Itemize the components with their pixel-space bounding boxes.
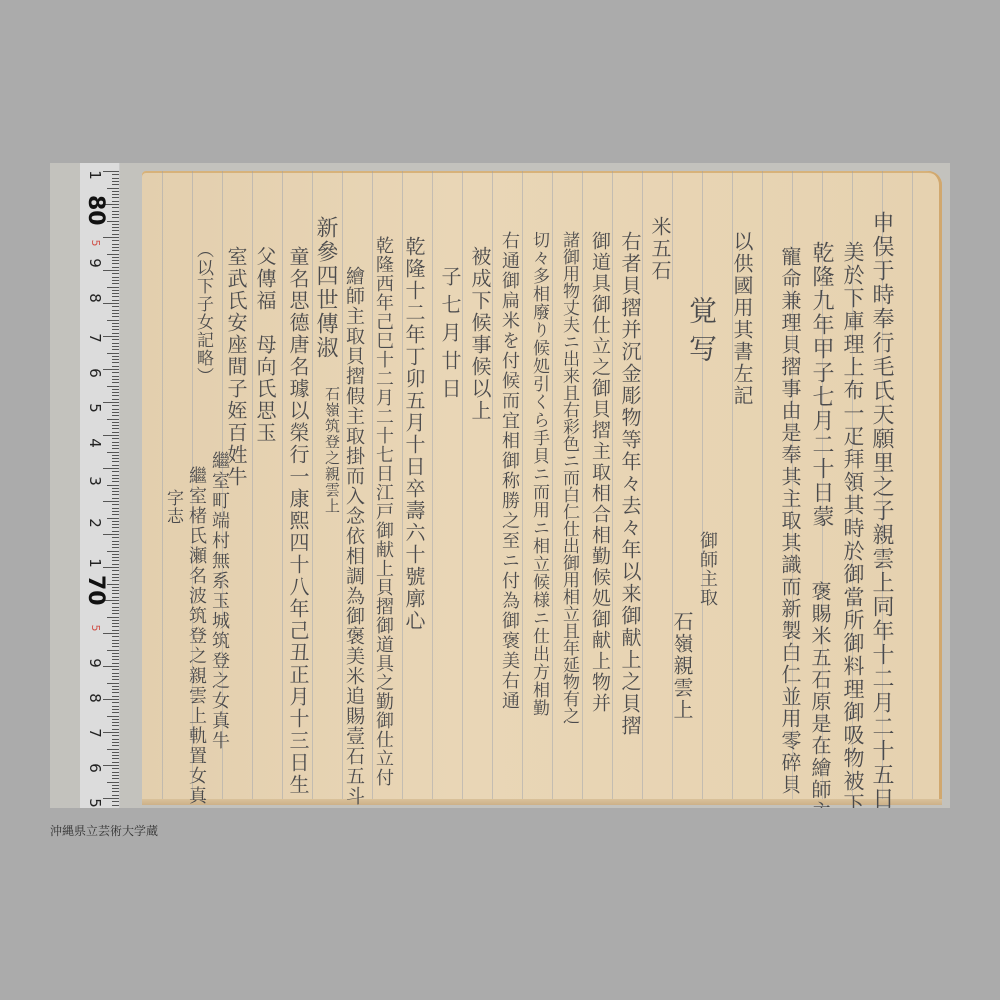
text-column-2: 美於下庫理上布一疋拜領其時於御當所御料理御吸物被下之候 — [842, 241, 863, 808]
ruler-tick — [103, 303, 119, 304]
ruler-number: 7 — [87, 325, 103, 351]
ruler-tick — [112, 184, 119, 185]
ruler-tick — [107, 287, 119, 288]
ruler-tick — [103, 534, 119, 535]
text-column-note: （以下子女記略） — [194, 241, 211, 385]
ruler-tick — [112, 755, 119, 756]
ruler-tick — [112, 544, 119, 545]
text-column-8: 諸御用物丈夫ニ出来且右彩色ニ而白仁仕出御用相立且年延物有之 — [560, 231, 577, 724]
ruler-tick — [112, 174, 119, 175]
ruler-number: 6 — [87, 360, 103, 386]
ruler-tick — [112, 415, 119, 416]
ruler-number: 70 — [87, 575, 103, 601]
ruler-tick — [112, 524, 119, 525]
ruler-tick — [112, 300, 119, 301]
ruler-tick — [112, 372, 119, 373]
ruler-tick — [112, 230, 119, 231]
ruler-tick — [112, 296, 119, 297]
ruler-tick — [103, 468, 119, 469]
ruled-line — [522, 171, 523, 805]
genealogy-heading: 新參四世傳淑 — [314, 216, 336, 360]
ruler-number: 7 — [87, 720, 103, 746]
ruler-tick — [112, 511, 119, 512]
ruler-tick — [112, 702, 119, 703]
ruler-tick — [107, 188, 119, 189]
text-column-11: 被成下候事候以上 — [470, 246, 490, 422]
ruler-tick — [112, 283, 119, 284]
ruler-tick — [112, 620, 119, 621]
ruler-tick — [112, 366, 119, 367]
ruler-tick — [112, 240, 119, 241]
ruler-tick — [112, 712, 119, 713]
ruler-tick — [112, 541, 119, 542]
ruler-tick — [112, 676, 119, 677]
ruler-tick — [112, 260, 119, 261]
ruler-tick — [112, 785, 119, 786]
ruler-tick — [112, 521, 119, 522]
ruler-tick — [112, 514, 119, 515]
ruler-tick — [112, 630, 119, 631]
ruler-tick — [112, 458, 119, 459]
ruler-number: 8 — [87, 285, 103, 311]
ruler-tick — [112, 547, 119, 548]
ruler-tick — [112, 247, 119, 248]
ruler-tick — [112, 329, 119, 330]
ruler-tick — [112, 280, 119, 281]
ruler-tick — [107, 749, 119, 750]
ruler-tick — [112, 293, 119, 294]
ruled-line — [282, 171, 283, 805]
ruler-number: 9 — [87, 250, 103, 276]
ruler-tick — [107, 518, 119, 519]
ruler-tick — [103, 171, 119, 172]
ruler-tick — [103, 567, 119, 568]
ruler-tick — [112, 577, 119, 578]
ruler-tick — [112, 379, 119, 380]
ruled-line — [702, 171, 703, 805]
ruler-tick — [112, 722, 119, 723]
ruler-number: 6 — [87, 755, 103, 781]
date-column: 子七月廿日 — [440, 266, 460, 406]
heading-oboegaki: 覚写 — [687, 296, 715, 372]
ruler-tick — [112, 719, 119, 720]
text-column-16: 父傳福 母向氏思玉 — [255, 246, 275, 444]
ruler-tick — [103, 501, 119, 502]
ruler-tick — [112, 557, 119, 558]
ruler-tick — [112, 389, 119, 390]
ruler-tick — [112, 531, 119, 532]
ruled-line — [582, 171, 583, 805]
ruler-tick — [112, 395, 119, 396]
ruler-tick — [112, 659, 119, 660]
ruler-tick — [112, 376, 119, 377]
text-fragment: 褒賜米五石原是在繪師主取時奉 — [808, 581, 832, 808]
ruler-tick — [103, 732, 119, 733]
ruler-tick — [112, 805, 119, 806]
ruler-tick — [112, 494, 119, 495]
ruler-tick — [112, 234, 119, 235]
ruler-tick — [112, 686, 119, 687]
ruler-tick — [112, 504, 119, 505]
ruler-tick — [107, 485, 119, 486]
ruler-tick — [112, 610, 119, 611]
ruler-tick — [112, 778, 119, 779]
ruler-tick — [112, 250, 119, 251]
ruler-tick — [107, 782, 119, 783]
ruler-tick — [107, 452, 119, 453]
ruler-number: 5 — [87, 790, 103, 808]
ruler-tick — [112, 692, 119, 693]
ruler-tick — [112, 646, 119, 647]
ruler-tick — [112, 425, 119, 426]
ruler-tick — [112, 481, 119, 482]
ruler-tick — [112, 706, 119, 707]
text-column-rice: 米五石 — [650, 216, 670, 282]
text-column-9: 切々多相廢り候処引くら手貝ニ而用ニ相立候様ニ仕出方相勤 — [530, 231, 547, 717]
ruler-tick — [112, 356, 119, 357]
ruler-tick — [112, 663, 119, 664]
ruler-tick — [112, 498, 119, 499]
ruled-line — [432, 171, 433, 805]
ruler-tick — [103, 666, 119, 667]
ruler-tick — [112, 326, 119, 327]
ruler-tick — [112, 392, 119, 393]
measuring-ruler: 180598765432170598765 — [80, 163, 120, 808]
ruler-tick — [112, 178, 119, 179]
ruler-tick — [112, 696, 119, 697]
ruler-tick — [112, 313, 119, 314]
ruler-tick — [112, 729, 119, 730]
ruler-tick — [112, 461, 119, 462]
ruled-line — [552, 171, 553, 805]
ruler-tick — [112, 306, 119, 307]
ruler-tick — [112, 409, 119, 410]
ruler-tick — [112, 527, 119, 528]
ruler-tick — [112, 656, 119, 657]
ruler-tick — [112, 339, 119, 340]
ruler-number: 1 — [87, 550, 103, 576]
ruler-tick — [112, 640, 119, 641]
ruler-tick — [112, 623, 119, 624]
ruled-line — [642, 171, 643, 805]
ruler-tick — [112, 191, 119, 192]
ruler-tick — [112, 679, 119, 680]
ruler-tick — [112, 554, 119, 555]
ruler-tick — [107, 419, 119, 420]
ruler-tick — [107, 551, 119, 552]
ruler-tick — [112, 478, 119, 479]
ruler-tick — [112, 346, 119, 347]
ruler-tick — [112, 343, 119, 344]
archive-photograph: 180598765432170598765 申俣于時奉行毛氏天願里之子親雲上同年… — [50, 163, 950, 808]
ruler-tick — [112, 607, 119, 608]
text-column-14: 繪師主取貝摺假主取掛而入念依相調為御褒美米追賜壹石五斗 — [344, 266, 363, 806]
ruler-tick — [107, 650, 119, 651]
ruler-tick — [107, 254, 119, 255]
ruler-tick — [112, 267, 119, 268]
ruler-tick — [112, 442, 119, 443]
ruler-tick — [112, 257, 119, 258]
ruler-tick — [103, 336, 119, 337]
text-column-10: 右通御扁米を付候而宜相御称勝之至ニ付為御褒美右通 — [500, 231, 518, 711]
text-column-5: 以供國用其書左記 — [732, 231, 752, 407]
ruler-tick — [107, 353, 119, 354]
text-column-18: 繼室町端村無系玉城筑登之女真牛 — [210, 451, 228, 751]
ruler-tick — [112, 323, 119, 324]
ruler-tick — [112, 745, 119, 746]
ruler-number: 9 — [87, 650, 103, 676]
ruler-tick — [112, 422, 119, 423]
ruler-tick — [112, 590, 119, 591]
ruler-tick — [103, 435, 119, 436]
ruled-line — [162, 171, 163, 805]
ruler-tick — [112, 465, 119, 466]
ruler-tick — [112, 211, 119, 212]
ruler-tick — [107, 617, 119, 618]
ruler-tick — [112, 491, 119, 492]
ruler-tick — [112, 742, 119, 743]
ruler-tick — [112, 333, 119, 334]
ruler-tick — [103, 369, 119, 370]
ruler-tick — [112, 762, 119, 763]
ruler-tick — [112, 636, 119, 637]
ruler-tick — [103, 765, 119, 766]
ruler-tick — [112, 310, 119, 311]
manuscript-page: 申俣于時奉行毛氏天願里之子親雲上同年十二月二十五日為御褒 美於下庫理上布一疋拜領… — [142, 171, 942, 805]
ruler-tick — [112, 669, 119, 670]
ruler-tick — [112, 448, 119, 449]
ruled-line — [612, 171, 613, 805]
ruler-tick — [112, 244, 119, 245]
ruler-tick — [107, 584, 119, 585]
ruled-line — [492, 171, 493, 805]
ruler-tick — [103, 699, 119, 700]
ruler-tick — [112, 227, 119, 228]
genealogy-subtitle: 石嶺筑登之親雲上 — [324, 386, 339, 514]
ruler-tick — [112, 438, 119, 439]
ruler-tick — [112, 587, 119, 588]
ruler-tick — [112, 508, 119, 509]
ruler-tick — [112, 560, 119, 561]
ruler-tick — [112, 564, 119, 565]
ruler-tick — [103, 798, 119, 799]
ruler-tick — [107, 221, 119, 222]
ruler-tick — [112, 570, 119, 571]
ruler-tick — [112, 194, 119, 195]
ruler-tick — [112, 412, 119, 413]
text-column-6: 右者貝摺并沉金彫物等年々去々年以来御献上之貝摺 — [620, 231, 640, 737]
ruler-tick — [103, 237, 119, 238]
ruler-tick — [112, 428, 119, 429]
ruler-tick — [107, 683, 119, 684]
ruler-tick — [112, 263, 119, 264]
ruler-tick — [112, 181, 119, 182]
ruler-tick — [112, 673, 119, 674]
ruler-tick — [112, 758, 119, 759]
ruler-tick — [112, 768, 119, 769]
text-column-role: 御師主取 — [698, 531, 716, 607]
ruler-tick — [112, 217, 119, 218]
text-column-3: 乾隆九年甲子七月二十日蒙 — [810, 241, 832, 529]
text-column-20: 字志 — [164, 489, 181, 525]
ruler-tick — [112, 752, 119, 753]
ruler-tick — [112, 574, 119, 575]
ruler-tick — [112, 432, 119, 433]
ruler-tick — [112, 653, 119, 654]
ruler-number: 8 — [87, 685, 103, 711]
ruler-tick — [112, 277, 119, 278]
ruler-number: 80 — [87, 195, 103, 221]
ruler-tick — [112, 399, 119, 400]
ruler-tick — [112, 445, 119, 446]
ruler-tick — [103, 270, 119, 271]
ruler-tick — [112, 201, 119, 202]
ruler-tick — [112, 214, 119, 215]
ruler-tick — [112, 207, 119, 208]
ruler-tick — [112, 349, 119, 350]
collection-credit: 沖縄県立芸術大学蔵 — [50, 822, 158, 839]
ruler-tick — [112, 471, 119, 472]
ruler-tick — [107, 320, 119, 321]
text-column-name: 石嶺親雲上 — [672, 611, 692, 721]
ruler-tick — [107, 716, 119, 717]
text-column-12: 乾隆十二年丁卯五月十日卒壽六十號廓心 — [404, 236, 424, 632]
text-column-3b: 褒賜米五石原是在繪師主取時奉 — [810, 581, 830, 808]
text-column-13: 乾隆西年己巳十二月二十七日江戸御献上貝摺御道具之勤御仕立付 — [374, 236, 392, 787]
text-column-1: 申俣于時奉行毛氏天願里之子親雲上同年十二月二十五日為御褒 — [870, 211, 892, 808]
ruler-tick — [112, 475, 119, 476]
ruler-tick — [112, 603, 119, 604]
text-column-4: 寵命兼理貝摺事由是奉其主取其識而新製白仁並用零碎貝 — [780, 246, 800, 796]
text-column-19: 繼室楮氏瀬名波筑登之親雲上軌置女真 — [187, 466, 205, 806]
ruler-tick — [112, 626, 119, 627]
ruler-tick — [112, 795, 119, 796]
ruler-tick — [112, 362, 119, 363]
ruler-tick — [112, 735, 119, 736]
ruler-number: 3 — [87, 468, 103, 494]
ruler-tick — [112, 791, 119, 792]
ruler-number: 1 — [87, 163, 103, 188]
ruler-number: 5 — [87, 395, 103, 421]
ruler-tick — [112, 405, 119, 406]
ruled-line — [912, 171, 913, 805]
ruler-tick — [112, 725, 119, 726]
ruler-tick — [112, 593, 119, 594]
ruler-tick — [112, 775, 119, 776]
ruler-tick — [112, 772, 119, 773]
ruler-tick — [112, 689, 119, 690]
ruler-tick — [112, 290, 119, 291]
ruler-tick — [112, 359, 119, 360]
ruler-number: 2 — [87, 510, 103, 536]
ruler-tick — [112, 709, 119, 710]
ruled-line — [462, 171, 463, 805]
ruler-tick — [103, 402, 119, 403]
ruled-line — [762, 171, 763, 805]
ruler-tick — [112, 788, 119, 789]
ruler-tick — [112, 537, 119, 538]
ruler-tick — [112, 739, 119, 740]
ruler-number: 4 — [87, 430, 103, 456]
ruler-tick — [112, 801, 119, 802]
ruler-tick — [112, 613, 119, 614]
ruler-tick — [112, 316, 119, 317]
ruler-tick — [112, 382, 119, 383]
ruler-tick — [103, 633, 119, 634]
ruler-tick — [112, 488, 119, 489]
ruler-tick — [112, 455, 119, 456]
ruler-tick — [107, 386, 119, 387]
ruler-tick — [112, 224, 119, 225]
ruler-tick — [112, 597, 119, 598]
ruler-tick — [112, 580, 119, 581]
ruler-tick — [112, 197, 119, 198]
ruler-tick — [112, 273, 119, 274]
text-column-7: 御道具御仕立之御貝摺主取相合相勤候処御献上物并 — [590, 231, 609, 714]
text-column-15: 童名思德唐名璩以榮行一康熙四十八年己丑正月十三日生 — [288, 246, 308, 796]
ruler-tick — [112, 643, 119, 644]
ruler-number: 5 — [87, 615, 103, 641]
